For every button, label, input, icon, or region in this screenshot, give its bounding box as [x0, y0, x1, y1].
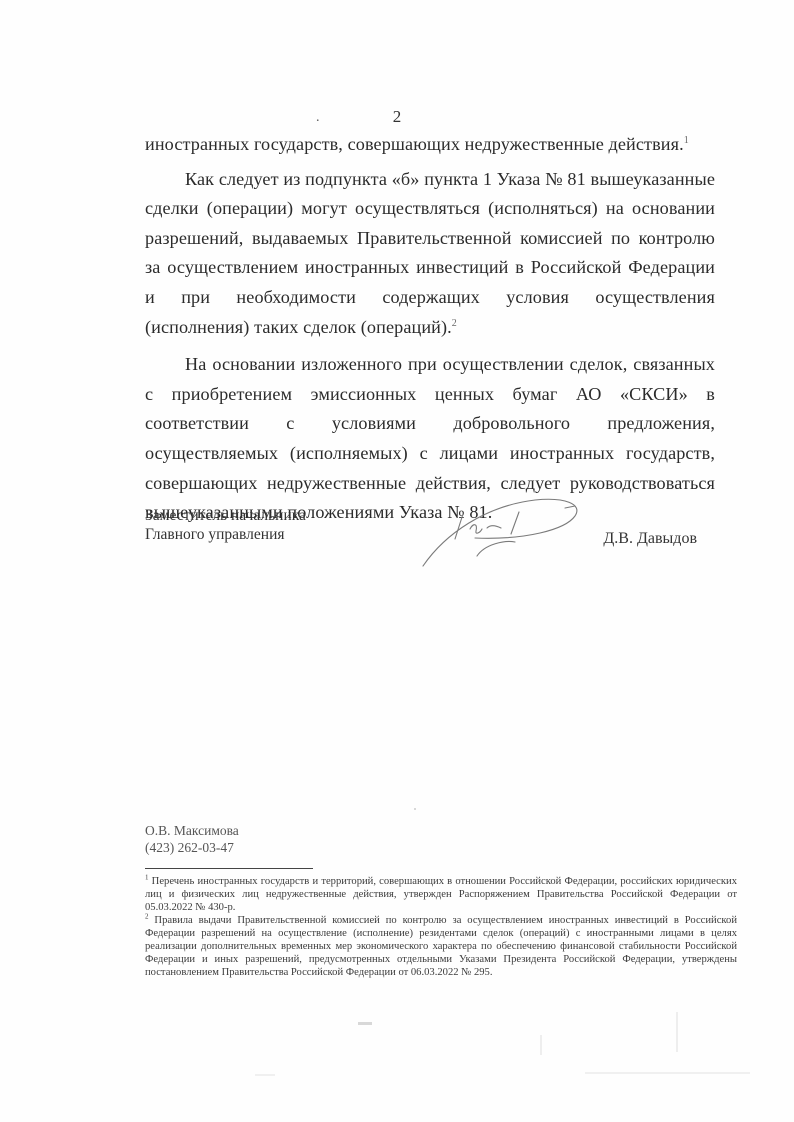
scan-artifact	[585, 1072, 750, 1074]
footnote-2: 2 Правила выдачи Правительственной комис…	[145, 914, 737, 979]
scan-artifact	[255, 1074, 275, 1076]
executor-contact: О.В. Максимова (423) 262-03-47	[145, 822, 239, 856]
scan-artifact	[540, 1035, 542, 1055]
page-number: 2	[0, 107, 794, 127]
footnote-1: 1 Перечень иностранных государств и терр…	[145, 875, 737, 914]
scan-artifact	[676, 1012, 678, 1052]
scan-artifact	[414, 808, 416, 810]
signature-block: Заместитель начальника Главного управлен…	[145, 506, 715, 576]
document-page: . 2 иностранных государств, совершающих …	[0, 0, 794, 1122]
scan-artifact	[358, 1022, 372, 1025]
paragraph-continuation: иностранных государств, совершающих недр…	[145, 130, 715, 160]
letter-body: иностранных государств, совершающих недр…	[145, 130, 715, 528]
footnote-ref: 1	[684, 135, 689, 146]
executor-phone: (423) 262-03-47	[145, 839, 239, 856]
paragraph-decree-provision: Как следует из подпункта «б» пункта 1 Ук…	[145, 165, 715, 343]
executor-name: О.В. Максимова	[145, 822, 239, 839]
footnote-separator	[145, 868, 313, 869]
footnotes: 1 Перечень иностранных государств и терр…	[145, 875, 737, 979]
signatory-name: Д.В. Давыдов	[603, 530, 697, 548]
handwritten-signature-icon	[415, 494, 585, 574]
signatory-position: Заместитель начальника Главного управлен…	[145, 506, 306, 544]
footnote-ref: 2	[452, 318, 457, 329]
